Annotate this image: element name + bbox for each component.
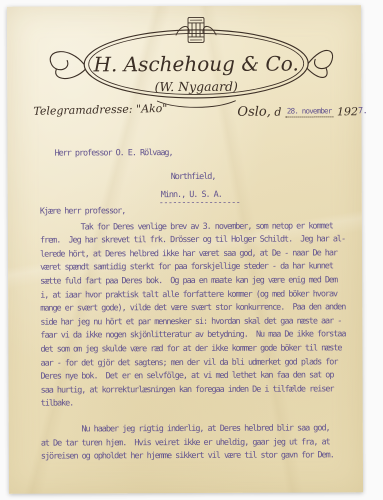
typed-year-digit: 7. — [358, 106, 367, 116]
date-prefix: d — [271, 106, 285, 119]
body-line: sjöreisen og opholdet her hjemme sikkert… — [41, 449, 359, 464]
body-line: aar - for det gjör det sagtens; men der … — [40, 356, 358, 371]
scanned-letter-page: { "page": { "background_color": "#fafafa… — [0, 0, 383, 500]
body-line: mange er svært gode), vilde det være svæ… — [40, 301, 358, 316]
letter-paper: H. Aschehoug & Co. (W. Nygaard) Telegram… — [7, 5, 363, 494]
paragraph-1: Tak for Deres venlige brev av 3. novembe… — [40, 220, 359, 412]
telegram-address: Telegramadresse: "Ako" — [33, 102, 167, 118]
salutation-line: Kjære herr professor, — [40, 204, 358, 219]
company-subname: (W. Nygaard) — [155, 79, 238, 94]
body-line: været spændt samtidig sterkt for paa for… — [40, 261, 358, 276]
recipient-city-line: Northfield, — [171, 172, 216, 182]
body-line: faar vi da ikke nogen skjönlitteratur av… — [40, 329, 358, 344]
body-line: frem. Jeg har skrevet til frk. Drösser o… — [40, 233, 358, 248]
letterhead-ornament: H. Aschehoug & Co. (W. Nygaard) — [41, 15, 341, 110]
body-line: det som om jeg skulde være ræd for at de… — [40, 342, 358, 357]
letter-body: Kjære herr professor, Tak for Deres venl… — [40, 204, 359, 464]
place-date-line: Oslo, d 28. november 1927. — [237, 100, 367, 120]
body-line: side har jeg nu hört et par mennesker si… — [40, 315, 358, 330]
year-printed: 192 — [333, 105, 358, 118]
company-name: H. Aschehoug & Co. — [93, 52, 299, 77]
paragraph-2: Nu haaber jeg rigtig inderlig, at Deres … — [41, 422, 359, 464]
body-line: Tak for Deres venlige brev av 3. novembe… — [40, 220, 358, 235]
city-label: Oslo, — [237, 105, 271, 120]
body-line: saa hurtig, at korrekturlæsningen kan fo… — [41, 383, 359, 398]
typed-date: 28. november — [285, 106, 334, 117]
recipient-name-line: Herr professor O. E. Rölvaag, — [55, 148, 173, 159]
body-line: tilbake. — [41, 397, 359, 412]
body-line: sætte fuld fart paa Deres bok. Og paa en… — [40, 274, 358, 289]
body-line: Nu haaber jeg rigtig inderlig, at Deres … — [41, 422, 359, 437]
body-line: Deres nye bok. Det er en selvfölge, at v… — [41, 369, 359, 384]
body-line: at De tar turen hjem. Hvis veiret ikke e… — [41, 436, 359, 451]
body-line: lerede hört, at Deres helbred ikke har v… — [40, 247, 358, 262]
body-line: i, at iaar hvor praktisk talt alle forfa… — [40, 288, 358, 303]
